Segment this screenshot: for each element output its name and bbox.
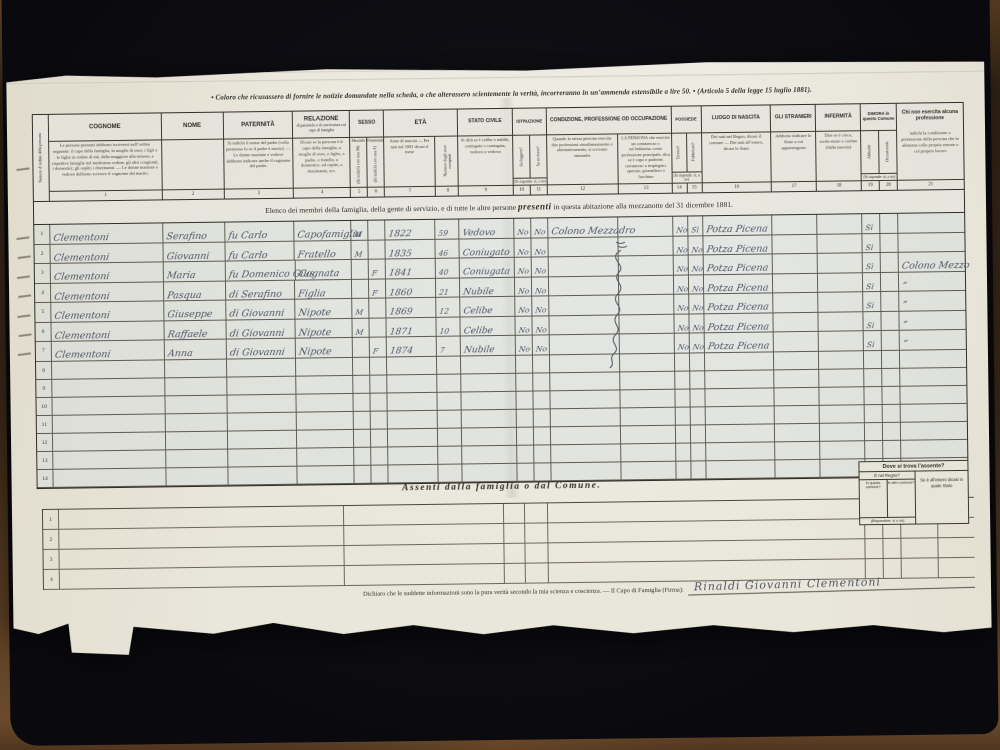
- cell-paternita: [227, 448, 297, 466]
- cell-chi: [899, 349, 966, 367]
- cell-18: [816, 214, 861, 233]
- cell-sesso_f: [370, 447, 387, 464]
- cell-stato: Coniugato: [459, 238, 514, 257]
- cell-sesso_f: F: [368, 279, 385, 298]
- cell-luogo: [705, 442, 775, 460]
- assenti-row-number: 2: [43, 530, 58, 549]
- cell-anno: [386, 356, 436, 374]
- cell-luogo: Potza Picena: [703, 332, 773, 351]
- cell-relazione: [297, 465, 354, 483]
- cell-prof: [550, 408, 620, 426]
- cell-terreni: [674, 371, 689, 388]
- under-sheet-edge: [6, 70, 446, 77]
- cell-anni: [437, 446, 461, 463]
- census-sheet: • Coloro che ricusassero di fornire le n…: [6, 56, 992, 663]
- cell-13: [617, 256, 672, 275]
- cell-scrive: [532, 391, 549, 408]
- cell-luogo: Potza Picena: [702, 235, 772, 254]
- row-number: 14: [37, 469, 52, 486]
- cell-scrive: No: [530, 218, 547, 237]
- cell-paternita: [226, 412, 296, 430]
- cell-scrive: [532, 355, 549, 372]
- col-infermita: INFERMITÀ Dire se è cieco, sordo-muto o …: [815, 104, 861, 191]
- cell-18: [818, 312, 863, 331]
- cell-cognome: [52, 468, 165, 486]
- cell-chi: [900, 403, 967, 421]
- cell-13: [619, 407, 674, 425]
- cell-chi: [900, 385, 967, 403]
- assenti-cell: [525, 543, 548, 562]
- cell-17: [773, 332, 818, 351]
- cell-anni: 40: [435, 259, 459, 278]
- cell-chi: [900, 439, 967, 457]
- cell-anno: [386, 374, 436, 392]
- cell-nome: Serafino: [162, 223, 224, 242]
- pencil-tick: [16, 167, 29, 170]
- cell-chi: [900, 421, 967, 439]
- cell-fabbricati: [690, 461, 705, 478]
- row-number: 5: [35, 303, 50, 322]
- assenti-cell: [900, 538, 937, 557]
- cell-paternita: [226, 358, 296, 376]
- cell-stato: [461, 445, 516, 463]
- cell-terreni: [674, 353, 689, 370]
- cell-stato: [460, 355, 515, 373]
- cell-sesso_m: [353, 393, 370, 410]
- row-number: 3: [35, 264, 50, 283]
- cell-17: [774, 423, 819, 441]
- col-sesso: SESSO Maschile(Si indichi con una M)5 Fe…: [349, 110, 384, 196]
- cell-dimora_ab: Sì: [863, 331, 881, 350]
- cell-cognome: [52, 450, 165, 468]
- cell-17: [775, 459, 820, 477]
- cell-sesso_m: M: [351, 240, 368, 259]
- cell-nome: Giovanni: [162, 242, 224, 261]
- cell-legge: No: [514, 258, 531, 277]
- cell-17: [774, 369, 819, 387]
- assenti-cell: [525, 523, 548, 542]
- cell-legge: No: [514, 316, 531, 335]
- cell-legge: No: [513, 238, 530, 257]
- cell-anni: 12: [435, 298, 459, 317]
- cell-scrive: [533, 427, 550, 444]
- cell-relazione: [296, 393, 353, 411]
- cell-anno: [387, 392, 437, 410]
- cell-cognome: Clementoni: [49, 223, 162, 243]
- row-number: 10: [36, 397, 51, 414]
- pencil-tick: [16, 236, 29, 239]
- cell-anno: 1869: [385, 298, 435, 317]
- cell-dimora_ab: [864, 404, 882, 421]
- cell-20: [882, 404, 900, 421]
- cell-anno: [387, 428, 437, 446]
- cell-sesso_m: [353, 411, 370, 428]
- col-dimora: DIMORA in questo Comune Abituale Occasio…: [860, 104, 897, 190]
- cell-legge: No: [515, 336, 532, 355]
- cell-17: [772, 254, 817, 273]
- pencil-tick: [18, 255, 31, 258]
- cell-sesso_f: [371, 465, 388, 482]
- cell-18: [817, 273, 862, 292]
- cell-20: [882, 386, 900, 403]
- cell-sesso_m: [352, 338, 369, 357]
- assenti-row-number: 1: [43, 510, 58, 529]
- cell-18: [819, 387, 864, 405]
- cell-stato: [461, 463, 516, 481]
- cell-stato: Nubile: [460, 336, 515, 355]
- assenti-cell: [502, 504, 524, 523]
- cell-nome: Pasqua: [163, 281, 225, 300]
- cell-terreni: No: [673, 314, 688, 333]
- cell-luogo: [704, 388, 774, 406]
- cell-sesso_m: [353, 429, 370, 446]
- cell-legge: [515, 391, 532, 408]
- cell-fabbricati: No: [688, 294, 703, 313]
- assenti-cell: [58, 546, 343, 569]
- cell-relazione: [296, 411, 353, 429]
- cell-prof: [549, 372, 619, 390]
- col-possiede: POSSIEDE Terreni? Fabbricati? (Si rispon…: [670, 106, 701, 192]
- cell-sesso_f: [369, 318, 386, 337]
- assenti-cell: [58, 506, 343, 529]
- cell-scrive: No: [531, 257, 548, 276]
- cell-stato: Vedovo: [458, 219, 513, 238]
- cell-nome: [164, 359, 226, 377]
- cell-scrive: [533, 409, 550, 426]
- row-number: 6: [35, 322, 50, 341]
- cell-terreni: [674, 407, 689, 424]
- cell-cognome: Clementoni: [51, 340, 164, 360]
- cell-17: [773, 351, 818, 369]
- cell-20: [882, 422, 900, 439]
- cell-anno: 1822: [384, 220, 434, 239]
- table-body: 1ClementoniSerafinofu CarloCapofamigliaM…: [34, 213, 967, 488]
- col-chi-non-esercita: Chi non esercita alcuna professione indi…: [896, 103, 964, 190]
- cell-terreni: No: [673, 275, 688, 294]
- cell-13: [618, 314, 673, 333]
- col-relazione: RELAZIONEdi parentela o di convivenza co…: [292, 111, 350, 198]
- cell-paternita: di Giovanni: [225, 300, 295, 319]
- cell-stato: [461, 427, 516, 445]
- cell-paternita: fu Domenico Gius.: [224, 261, 294, 280]
- cell-nome: [164, 413, 226, 431]
- row-number: 8: [36, 361, 51, 378]
- cell-sesso_f: [367, 220, 384, 239]
- cell-13: [620, 425, 675, 443]
- cell-nome: [165, 431, 227, 449]
- cell-18: [817, 253, 862, 272]
- cell-anno: [388, 464, 438, 482]
- cell-anni: [436, 356, 460, 373]
- cell-terreni: [674, 425, 689, 442]
- cell-anni: [437, 410, 461, 427]
- cell-chi: [897, 213, 964, 232]
- cell-sesso_f: [369, 375, 386, 392]
- col-ordinal: Numero d’ordine della persona: [33, 115, 49, 201]
- cell-prof: [548, 295, 618, 314]
- table-header: Numero d’ordine della persona COGNOME Le…: [33, 103, 964, 202]
- cell-cognome: [51, 396, 164, 414]
- cell-18: [817, 234, 862, 253]
- cell-chi: Colono Mezzo: [898, 252, 965, 271]
- cell-relazione: [296, 375, 353, 393]
- cell-13: [618, 275, 673, 294]
- cell-fabbricati: [690, 443, 705, 460]
- cell-dimora_ab: Sì: [862, 253, 880, 272]
- cell-scrive: No: [532, 335, 549, 354]
- assenti-cell: [343, 504, 503, 525]
- cell-fabbricati: [689, 407, 704, 424]
- row-number: 9: [36, 379, 51, 396]
- cell-chi: ”: [898, 291, 965, 310]
- cell-18: [818, 369, 863, 387]
- cell-18: [819, 405, 864, 423]
- cell-anno: 1874: [386, 337, 436, 356]
- cell-20: [881, 331, 899, 350]
- cell-scrive: No: [531, 296, 548, 315]
- pencil-tick: [18, 294, 31, 297]
- row-number: 4: [35, 283, 50, 302]
- cell-18: [818, 331, 863, 350]
- cell-sesso_m: [351, 279, 368, 298]
- ordinal-label: Numero d’ordine della persona: [38, 115, 44, 201]
- cell-sesso_m: [353, 447, 370, 464]
- cell-relazione: Capofamiglia: [294, 221, 351, 240]
- cell-legge: [516, 409, 533, 426]
- cell-prof: [550, 444, 620, 462]
- cell-anni: 7: [436, 337, 460, 356]
- cell-nome: [164, 377, 226, 395]
- cell-nome: [165, 449, 227, 467]
- cell-sesso_m: M: [352, 318, 369, 337]
- cell-legge: [515, 355, 532, 372]
- cell-13: [617, 217, 672, 236]
- cell-cognome: Clementoni: [50, 262, 163, 282]
- cell-20: [881, 350, 899, 367]
- col-eta: ETÀ Anno di nascita — Pei nati nel 1881 …: [383, 110, 458, 197]
- cell-sesso_m: [351, 260, 368, 279]
- cell-20: [879, 214, 897, 233]
- cell-stato: [460, 373, 515, 391]
- cell-sesso_m: [354, 465, 371, 482]
- cell-chi: ”: [899, 310, 966, 329]
- cell-fabbricati: [689, 353, 704, 370]
- cell-dimora_ab: Sì: [862, 292, 880, 311]
- cell-chi: ”: [899, 330, 966, 349]
- row-number: 2: [34, 244, 49, 263]
- cell-terreni: [675, 443, 690, 460]
- cell-prof: [549, 354, 619, 372]
- row-number: 12: [37, 433, 52, 450]
- cell-fabbricati: No: [687, 236, 702, 255]
- row-number: 13: [37, 451, 52, 468]
- cell-sesso_f: [370, 429, 387, 446]
- cell-paternita: [226, 430, 296, 448]
- cell-nome: [164, 395, 226, 413]
- cell-legge: No: [514, 297, 531, 316]
- cell-18: [818, 351, 863, 369]
- cell-13: [620, 443, 675, 461]
- cell-legge: No: [513, 219, 530, 238]
- cell-fabbricati: No: [687, 275, 702, 294]
- cell-stato: [461, 391, 516, 409]
- cell-fabbricati: [689, 425, 704, 442]
- cell-luogo: Potza Picena: [702, 274, 772, 293]
- cell-13: [618, 334, 673, 353]
- row-number: 11: [37, 415, 52, 432]
- cell-18: [817, 292, 862, 311]
- cell-paternita: di Serafino: [225, 280, 295, 299]
- cell-sesso_f: F: [369, 337, 386, 356]
- assenti-row-number: 3: [43, 550, 58, 569]
- cell-relazione: Nipote: [295, 338, 352, 357]
- assenti-cell: [864, 539, 882, 558]
- cell-legge: No: [514, 277, 531, 296]
- cell-13: [619, 389, 674, 407]
- cell-paternita: fu Carlo: [224, 241, 294, 260]
- cell-anni: [437, 464, 461, 481]
- cell-cognome: Clementoni: [49, 243, 162, 263]
- cell-17: [774, 405, 819, 423]
- cell-18: [819, 441, 864, 459]
- cell-cognome: Clementoni: [50, 321, 163, 341]
- cell-nome: Maria: [162, 262, 224, 281]
- cell-paternita: [227, 466, 297, 484]
- cell-17: [772, 234, 817, 253]
- col-luogo-nascita: LUOGO DI NASCITA Dei nati nel Regno, dic…: [700, 105, 771, 192]
- cell-stato: Nubile: [459, 277, 514, 296]
- cell-relazione: Fratello: [294, 240, 351, 259]
- pencil-tick: [17, 275, 30, 278]
- cell-legge: [516, 427, 533, 444]
- cell-sesso_m: [352, 357, 369, 374]
- assenti-cell: [58, 526, 343, 549]
- cell-relazione: [297, 447, 354, 465]
- cell-luogo: Potza Picena: [703, 293, 773, 312]
- cell-fabbricati: [689, 389, 704, 406]
- cell-legge: [516, 445, 533, 462]
- cell-scrive: No: [531, 316, 548, 335]
- cell-anno: 1835: [385, 239, 435, 258]
- cell-20: [881, 311, 899, 330]
- col-stranieri: GLI STRANIERI debbono indicare lo Stato …: [770, 105, 816, 192]
- cell-paternita: di Giovanni: [225, 339, 295, 358]
- cell-20: [880, 253, 898, 272]
- cell-dimora_ab: Sì: [862, 234, 880, 253]
- cell-dimora_ab: Sì: [861, 214, 879, 233]
- cell-sesso_f: [368, 240, 385, 259]
- cell-sesso_f: F: [368, 259, 385, 278]
- cell-anno: [387, 446, 437, 464]
- cell-paternita: di Giovanni: [225, 319, 295, 338]
- cell-fabbricati: Sì: [687, 216, 702, 235]
- col-nome: NOME 2: [160, 113, 223, 200]
- cell-sesso_m: [352, 375, 369, 392]
- cell-18: [819, 423, 864, 441]
- cell-13: [619, 371, 674, 389]
- cell-anno: [387, 410, 437, 428]
- cell-13: [618, 295, 673, 314]
- census-table: Numero d’ordine della persona COGNOME Le…: [32, 102, 969, 489]
- cell-dimora_ab: [863, 350, 881, 367]
- cell-20: [880, 233, 898, 252]
- row-number: 7: [36, 342, 51, 361]
- cell-chi: ”: [898, 271, 965, 290]
- cell-17: [774, 387, 819, 405]
- cell-sesso_m: M: [351, 299, 368, 318]
- cell-luogo: [704, 406, 774, 424]
- cell-prof: [547, 237, 617, 256]
- cell-terreni: No: [672, 236, 687, 255]
- cell-17: [773, 293, 818, 312]
- cell-cognome: [52, 432, 165, 450]
- cell-20: [882, 440, 900, 457]
- cell-cognome: [52, 414, 165, 432]
- cell-anno: 1871: [386, 317, 436, 336]
- cell-relazione: Cognata: [294, 260, 351, 279]
- cell-dimora_ab: [864, 422, 882, 439]
- cell-luogo: [704, 424, 774, 442]
- cell-stato: Celibe: [459, 297, 514, 316]
- cell-anni: 46: [435, 239, 459, 258]
- col-stato-civile: STATO CIVILE Si dirà se è celibe o nubil…: [457, 109, 513, 196]
- cell-anni: [437, 392, 461, 409]
- sheet-stack-edge: [6, 71, 984, 86]
- cell-20: [880, 292, 898, 311]
- cell-20: [881, 368, 899, 385]
- cell-sesso_f: [369, 357, 386, 374]
- cell-stato: Coniugata: [459, 258, 514, 277]
- cell-sesso_f: [370, 411, 387, 428]
- cell-20: [880, 272, 898, 291]
- cell-dimora_ab: Sì: [862, 273, 880, 292]
- cell-cognome: Clementoni: [50, 301, 163, 321]
- cell-terreni: [674, 389, 689, 406]
- cell-13: [619, 353, 674, 371]
- cell-terreni: No: [672, 256, 687, 275]
- cell-fabbricati: No: [688, 314, 703, 333]
- cell-scrive: [532, 373, 549, 390]
- cell-relazione: [295, 357, 352, 375]
- cell-anno: 1841: [385, 259, 435, 278]
- cell-prof: [549, 334, 619, 353]
- cell-fabbricati: No: [687, 255, 702, 274]
- cell-cognome: [51, 360, 164, 378]
- cell-cognome: Clementoni: [50, 282, 163, 302]
- col-cognome: COGNOME Le persone presenti debbono iscr…: [48, 113, 162, 200]
- cell-terreni: No: [672, 217, 687, 236]
- cell-luogo: Potza Picena: [702, 215, 772, 234]
- cell-scrive: [533, 463, 550, 480]
- cell-sesso_m: M: [351, 221, 368, 240]
- cell-fabbricati: No: [688, 333, 703, 352]
- cell-stato: Celibe: [460, 316, 515, 335]
- cell-fabbricati: [689, 371, 704, 388]
- cell-anni: [437, 428, 461, 445]
- cell-stato: [461, 409, 516, 427]
- cell-prof: [549, 390, 619, 408]
- col-paternita: PATERNITÀ Si indichi il nome del padre (…: [222, 112, 293, 199]
- census-sheet-wrap: • Coloro che ricusassero di fornire le n…: [6, 56, 992, 663]
- cell-sesso_f: [370, 393, 387, 410]
- cell-prof: [550, 462, 620, 480]
- dove-si-trova-box: Dove si trova l’assente? È nel Regno? in…: [858, 460, 969, 525]
- cell-anni: 59: [434, 220, 458, 239]
- cell-cognome: [51, 378, 164, 396]
- assenti-cell: [343, 524, 503, 545]
- cell-anni: 10: [436, 317, 460, 336]
- cell-luogo: [704, 370, 774, 388]
